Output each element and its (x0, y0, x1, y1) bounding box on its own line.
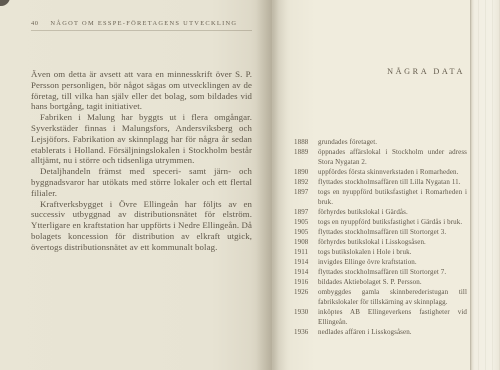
timeline-event: ombyggdes gamla skinnberederistugan till… (318, 287, 467, 307)
timeline-event: förhyrdes butikslokal i Gärdås. (318, 207, 467, 217)
timeline-row: 1890uppfördes första skinnverkstaden i R… (294, 167, 467, 177)
timeline-event: grundades företaget. (318, 137, 467, 147)
timeline-event: flyttades stockholmsaffären till Stortor… (318, 267, 467, 277)
timeline-row: 1911togs butikslokalen i Hole i bruk. (294, 247, 467, 257)
timeline-row: 1897togs en nyuppförd butiksfastighet i … (294, 187, 467, 207)
timeline-event: togs butikslokalen i Hole i bruk. (318, 247, 467, 257)
timeline-event: invigdes Ellinge övre kraftstation. (318, 257, 467, 267)
timeline-year: 1890 (294, 167, 310, 177)
timeline-year: 1936 (294, 327, 310, 337)
timeline-row: 1897förhyrdes butikslokal i Gärdås. (294, 207, 467, 217)
body-paragraph: Kraftverksbygget i Övre Ellingeån har fö… (31, 199, 252, 253)
timeline-row: 1914invigdes Ellinge övre kraftstation. (294, 257, 467, 267)
running-header: 40 NÅGOT OM ESSPE-FÖRETAGENS UTVECKLING (31, 20, 252, 31)
timeline-row: 1908förhyrdes butikslokal i Lisskogsåsen… (294, 237, 467, 247)
timeline-row: 1905togs en nyuppförd butiksfastighet i … (294, 217, 467, 227)
timeline-year: 1892 (294, 177, 310, 187)
timeline-row: 1936nedlades affären i Lisskogsåsen. (294, 327, 467, 337)
timeline-row: 1889öppnades affärslokal i Stockholm und… (294, 147, 467, 167)
timeline-event: flyttades stockholmsaffären till Stortor… (318, 227, 467, 237)
timeline-year: 1897 (294, 207, 310, 217)
timeline-year: 1888 (294, 137, 310, 147)
timeline-year: 1911 (294, 247, 310, 257)
timeline-year: 1908 (294, 237, 310, 247)
timeline-year: 1889 (294, 147, 310, 167)
running-header-title: NÅGOT OM ESSPE-FÖRETAGENS UTVECKLING (50, 20, 237, 27)
timeline-row: 1916bildades Aktiebolaget S. P. Persson. (294, 277, 467, 287)
body-text: Även om detta är avsett att vara en minn… (31, 69, 252, 253)
left-page: 40 NÅGOT OM ESSPE-FÖRETAGENS UTVECKLING … (0, 0, 272, 370)
section-heading: NÅGRA DATA (294, 67, 467, 76)
timeline-year: 1897 (294, 187, 310, 207)
timeline-year: 1926 (294, 287, 310, 307)
right-page: NÅGRA DATA 1888grundades företaget. 1889… (272, 0, 470, 370)
timeline-row: 1914flyttades stockholmsaffären till Sto… (294, 267, 467, 277)
timeline-event: uppfördes första skinnverkstaden i Romar… (318, 167, 467, 177)
timeline-year: 1905 (294, 227, 310, 237)
timeline-year: 1916 (294, 277, 310, 287)
body-paragraph: Detaljhandeln främst med speceri- samt j… (31, 166, 252, 198)
body-paragraph: Även om detta är avsett att vara en minn… (31, 69, 252, 112)
timeline-event: nedlades affären i Lisskogsåsen. (318, 327, 467, 337)
timeline-event: inköptes AB Ellingeverkens fastigheter v… (318, 307, 467, 327)
timeline-year: 1905 (294, 217, 310, 227)
timeline-year: 1930 (294, 307, 310, 327)
timeline-event: togs en nyuppförd butiksfastighet i Roma… (318, 187, 467, 207)
timeline-row: 1892flyttades stockholmsaffären till Lil… (294, 177, 467, 187)
timeline-row: 1926ombyggdes gamla skinnberederistugan … (294, 287, 467, 307)
timeline-event: bildades Aktiebolaget S. P. Persson. (318, 277, 467, 287)
timeline-event: flyttades stockholmsaffären till Lilla N… (318, 177, 467, 187)
timeline-event: förhyrdes butikslokal i Lisskogsåsen. (318, 237, 467, 247)
timeline-row: 1888grundades företaget. (294, 137, 467, 147)
fore-edge-page-stack (470, 0, 500, 370)
timeline-row: 1905flyttades stockholmsaffären till Sto… (294, 227, 467, 237)
timeline-list: 1888grundades företaget. 1889öppnades af… (294, 137, 467, 337)
timeline-year: 1914 (294, 257, 310, 267)
timeline-row: 1930inköptes AB Ellingeverkens fastighet… (294, 307, 467, 327)
timeline-event: togs en nyuppförd butiksfastighet i Gärd… (318, 217, 467, 227)
book-spread: 40 NÅGOT OM ESSPE-FÖRETAGENS UTVECKLING … (0, 0, 500, 370)
timeline-event: öppnades affärslokal i Stockholm under a… (318, 147, 467, 167)
body-paragraph: Fabriken i Malung har byggts ut i flera … (31, 112, 252, 166)
page-number: 40 (31, 20, 38, 27)
timeline-year: 1914 (294, 267, 310, 277)
